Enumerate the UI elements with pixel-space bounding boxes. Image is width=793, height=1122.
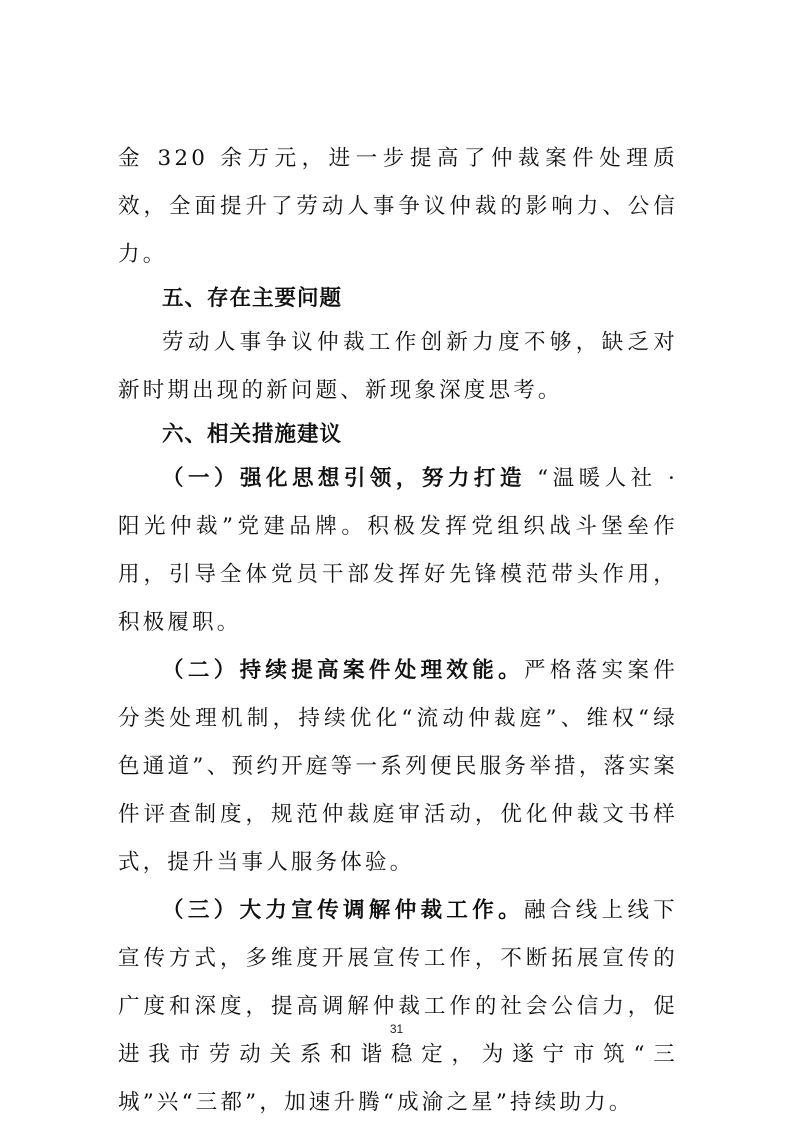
paragraph-continuation: 金 320 余万元，进一步提高了仲裁案件处理质效，全面提升了劳动人事争议仲裁的影…: [118, 135, 678, 279]
suggestion-item-2-text: 严格落实案件分类处理机制，持续优化“流动仲裁庭”、维权“绿色通道”、预约开庭等一…: [118, 658, 678, 875]
section-heading-six: 六、相关措施建议: [118, 415, 678, 455]
suggestion-item-3-text: 融合线上线下宣传方式，多维度开展宣传工作，不断拓展宣传的广度和深度，提高调解仲裁…: [118, 898, 678, 1115]
paragraph-problems: 劳动人事争议仲裁工作创新力度不够，缺乏对新时期出现的新问题、新现象深度思考。: [118, 319, 678, 415]
suggestion-item-2: （二）持续提高案件处理效能。严格落实案件分类处理机制，持续优化“流动仲裁庭”、维…: [118, 647, 678, 887]
suggestion-item-1: （一）强化思想引领，努力打造 “温暖人社 · 阳光仲裁”党建品牌。积极发挥党组织…: [118, 455, 678, 647]
page-number: 31: [0, 1022, 793, 1036]
suggestion-item-1-lead: （一）强化思想引领，努力打造: [162, 466, 526, 491]
suggestion-item-2-lead: （二）持续提高案件处理效能。: [162, 658, 524, 683]
suggestion-item-3: （三）大力宣传调解仲裁工作。融合线上线下宣传方式，多维度开展宣传工作，不断拓展宣…: [118, 887, 678, 1122]
document-page: 金 320 余万元，进一步提高了仲裁案件处理质效，全面提升了劳动人事争议仲裁的影…: [0, 0, 793, 1122]
section-heading-five: 五、存在主要问题: [118, 279, 678, 319]
suggestion-item-3-lead: （三）大力宣传调解仲裁工作。: [162, 898, 524, 923]
document-body: 金 320 余万元，进一步提高了仲裁案件处理质效，全面提升了劳动人事争议仲裁的影…: [118, 135, 678, 1122]
suggestion-item-1-text: “温暖人社 · 阳光仲裁”党建品牌。积极发挥党组织战斗堡垒作用，引导全体党员干部…: [118, 466, 678, 635]
